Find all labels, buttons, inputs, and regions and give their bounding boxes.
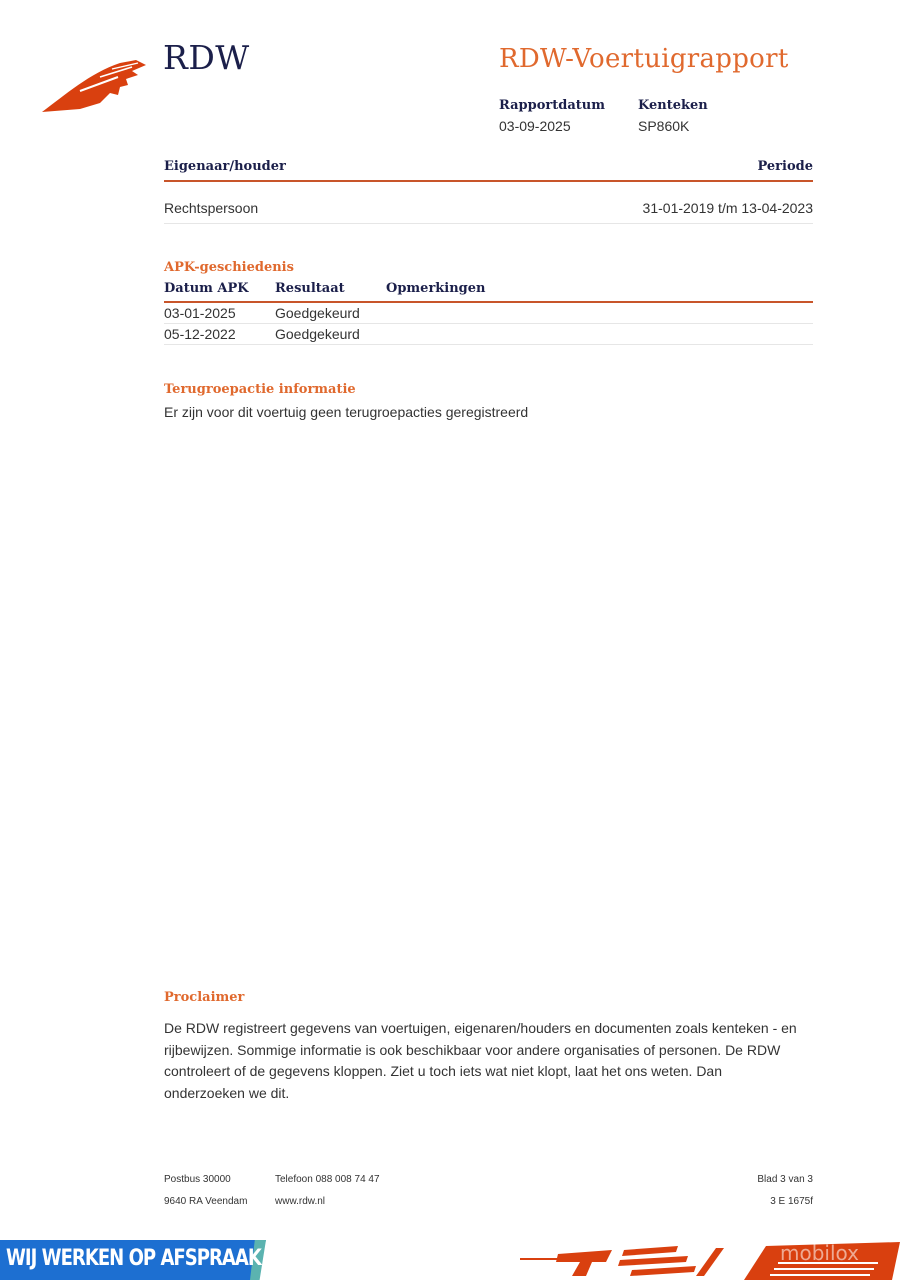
report-title: RDW-Voertuigrapport bbox=[499, 44, 789, 74]
recall-text: Er zijn voor dit voertuig geen terugroep… bbox=[164, 404, 813, 420]
apk-remarks-column-header: Opmerkingen bbox=[386, 281, 813, 301]
apk-history-title: APK-geschiedenis bbox=[164, 260, 813, 275]
apk-date-cell: 03-01-2025 bbox=[164, 305, 275, 321]
footer-document-code: 3 E 1675f bbox=[770, 1196, 813, 1207]
apk-result-cell: Goedgekeurd bbox=[275, 305, 386, 321]
appointment-banner: WIJ WERKEN OP AFSPRAAK bbox=[0, 1240, 266, 1280]
owner-table-header: Eigenaar/houder Periode bbox=[164, 159, 813, 182]
apk-date-cell: 05-12-2022 bbox=[164, 326, 275, 342]
table-row: 03-01-2025 Goedgekeurd bbox=[164, 303, 813, 324]
footer-page-number: Blad 3 van 3 bbox=[757, 1174, 813, 1185]
apk-result-cell: Goedgekeurd bbox=[275, 326, 386, 342]
plate-label: Kenteken bbox=[638, 98, 708, 113]
footer-phone: Telefoon 088 008 74 47 bbox=[275, 1174, 380, 1185]
period-column-header: Periode bbox=[757, 159, 813, 180]
report-date-value: 03-09-2025 bbox=[499, 118, 571, 134]
apk-table-body: 03-01-2025 Goedgekeurd 05-12-2022 Goedge… bbox=[164, 303, 813, 345]
table-row: 05-12-2022 Goedgekeurd bbox=[164, 324, 813, 345]
watermark-text: mobilox bbox=[780, 1241, 859, 1265]
apk-table-header: Datum APK Resultaat Opmerkingen bbox=[164, 281, 813, 303]
period-cell: 31-01-2019 t/m 13-04-2023 bbox=[643, 200, 813, 223]
rdw-feather-logo-icon bbox=[40, 55, 148, 115]
rdw-logo-text: RDW bbox=[163, 38, 250, 77]
plate-value: SP860K bbox=[638, 118, 689, 134]
proclaimer-text: De RDW registreert gegevens van voertuig… bbox=[164, 1018, 804, 1104]
owner-column-header: Eigenaar/houder bbox=[164, 159, 286, 180]
banner-text: WIJ WERKEN OP AFSPRAAK bbox=[6, 1246, 261, 1271]
owner-table-row: Rechtspersoon 31-01-2019 t/m 13-04-2023 bbox=[164, 200, 813, 224]
owner-cell: Rechtspersoon bbox=[164, 200, 258, 223]
footer-website-link[interactable]: www.rdw.nl bbox=[275, 1196, 325, 1207]
recall-title: Terugroepactie informatie bbox=[164, 382, 813, 397]
apk-date-column-header: Datum APK bbox=[164, 281, 275, 301]
footer-postbus: Postbus 30000 bbox=[164, 1174, 231, 1185]
apk-result-column-header: Resultaat bbox=[275, 281, 386, 301]
report-date-label: Rapportdatum bbox=[499, 98, 605, 113]
footer-city: 9640 RA Veendam bbox=[164, 1196, 247, 1207]
proclaimer-title: Proclaimer bbox=[164, 990, 813, 1005]
